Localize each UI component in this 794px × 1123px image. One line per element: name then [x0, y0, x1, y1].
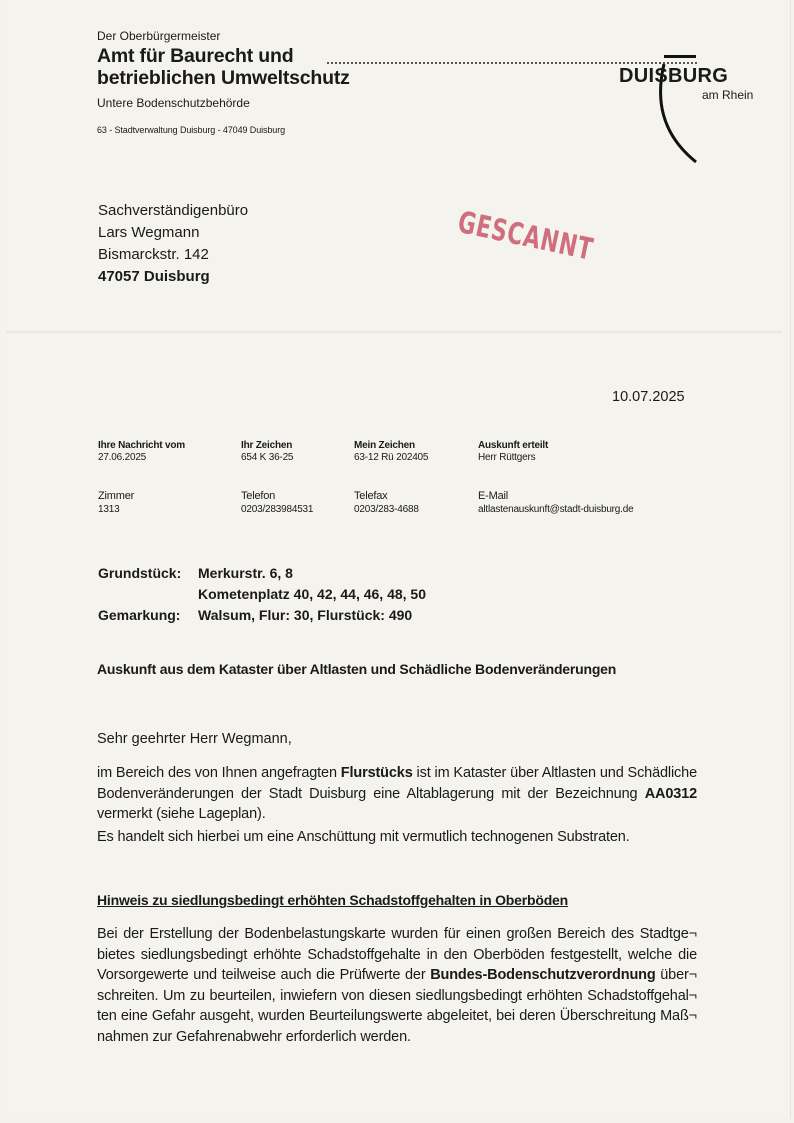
info-room: Zimmer 1313	[98, 490, 134, 516]
email-link[interactable]: altlastenauskunft@stadt-duisburg.de	[478, 504, 633, 516]
info-your-message-date: Ihre Nachricht vom 27.06.2025	[98, 440, 185, 464]
department-name: Amt für Baurecht und betrieblichen Umwel…	[97, 45, 350, 89]
info-contact-person: Auskunft erteilt Herr Rüttgers	[478, 440, 548, 464]
property-line-2: Kometenplatz 40, 42, 44, 46, 48, 50	[198, 584, 426, 605]
logo-wordmark: DUISBURG	[619, 65, 728, 88]
fold-line	[6, 330, 782, 334]
logo-tagline: am Rhein	[702, 88, 753, 102]
letter-subject: Auskunft aus dem Kataster über Altlasten…	[97, 661, 616, 677]
issuer-title: Der Oberbürgermeister	[97, 29, 220, 43]
recipient-line-3: Bismarckstr. 142	[98, 244, 248, 266]
info-phone: Telefon 0203/283984531	[241, 490, 313, 516]
info-fax: Telefax 0203/283-4688	[354, 490, 419, 516]
property-reference: Grundstück: Merkurstr. 6, 8 Kometenplatz…	[98, 563, 426, 626]
department-line-1: Amt für Baurecht und	[97, 45, 350, 67]
recipient-address: Sachverständigenbüro Lars Wegmann Bismar…	[98, 200, 248, 288]
property-line-1: Merkurstr. 6, 8	[198, 563, 293, 584]
letter-date: 10.07.2025	[612, 389, 685, 405]
property-label: Grundstück:	[98, 563, 198, 584]
district-value: Walsum, Flur: 30, Flurstück: 490	[198, 605, 412, 626]
letterhead-dotted-rule	[327, 62, 697, 64]
sub-department: Untere Bodenschutzbehörde	[97, 96, 250, 110]
info-our-reference: Mein Zeichen 63-12 Rü 202405	[354, 440, 428, 464]
recipient-line-4: 47057 Duisburg	[98, 266, 248, 288]
recipient-line-1: Sachverständigenbüro	[98, 200, 248, 222]
salutation: Sehr geehrter Herr Wegmann,	[97, 731, 292, 747]
info-your-reference: Ihr Zeichen 654 K 36-25	[241, 440, 293, 464]
body-paragraph-1: im Bereich des von Ihnen angefragten Flu…	[97, 763, 697, 825]
district-label: Gemarkung:	[98, 605, 198, 626]
note-paragraph: Bei der Erstellung der Bodenbelastungska…	[97, 924, 697, 1047]
note-title: Hinweis zu siedlungsbedingt erhöhten Sch…	[97, 892, 568, 908]
body-paragraph-2: Es handelt sich hierbei um eine Anschütt…	[97, 827, 697, 848]
info-email: E-Mail altlastenauskunft@stadt-duisburg.…	[478, 490, 633, 516]
recipient-line-2: Lars Wegmann	[98, 222, 248, 244]
return-address: 63 - Stadtverwaltung Duisburg - 47049 Du…	[97, 125, 285, 135]
department-line-2: betrieblichen Umweltschutz	[97, 67, 350, 89]
